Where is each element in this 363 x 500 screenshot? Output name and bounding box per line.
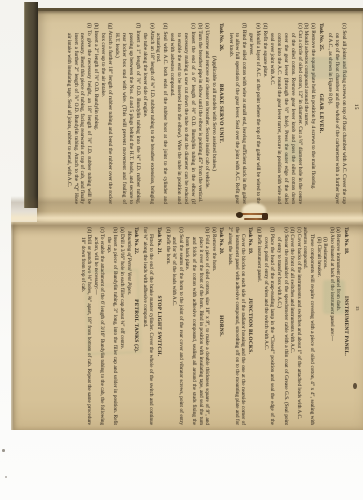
paragraph: Fitted to the end of the brake master cy… (141, 227, 154, 425)
section-heading: INSTRUMENT PANEL. (342, 227, 349, 425)
task-number-label: Task No. 20. (217, 227, 224, 254)
list-item: (d) Refit the square plate. (261, 23, 268, 204)
task-heading-line: Task No. 20.HORNS. (217, 227, 224, 425)
task-heading-line: Task No. 21.STOP LIGHT SWITCH. (155, 227, 162, 425)
booklet-page-right: 15 Task No. 18.INSTRUMENT PANEL.(a) Remo… (12, 222, 363, 430)
paragraph: (Applicable to all models with Servo ass… (210, 23, 217, 204)
list-item: (b) Turn the breather pipe in elbow unti… (196, 23, 203, 204)
list-item: (c) Insert the end of a 6″ length of ⅝″ … (168, 23, 196, 204)
list-item: (e) Mould a layer of A.C. at the point w… (247, 23, 261, 204)
list-item: (f) Bind the oiled cotton with wire at s… (227, 23, 248, 204)
list-item: (d) Cover the front of all switches and … (289, 227, 296, 425)
task-number-label: Task No. 19. (247, 227, 254, 254)
list-item: (d) Drill or punch two ⅛″ holes, ⅜″ apar… (79, 227, 92, 425)
list-item: (b) Fold a piece of oiled cotton, size 1… (184, 227, 210, 425)
list-item: (f) Insert a 1″ length of ⅞″ O.D. Bundyl… (113, 23, 141, 204)
list-item: (e) Attach an 18″ length of ¾″ I.D. rubb… (141, 23, 155, 204)
dust-speck (5, 476, 7, 478)
list-item: (a) Remove the horn. (210, 227, 217, 425)
paragraph: Cover the blocks on each side of the rad… (226, 227, 246, 425)
list-item: (a) Remove the square plate held in posi… (309, 23, 316, 204)
list-item: (b) Mould asbestos compound around the t… (303, 23, 310, 204)
list-item: (g) Refit instrument panel. (256, 227, 263, 425)
task-number-label: Task No. 26. (217, 23, 224, 51)
list-item: (a) Unscrew and remove air cleaner on br… (203, 23, 210, 204)
booklet-page-left: 15 (c) Seal all joints and fixing screws… (37, 8, 363, 225)
booklet-spread: 15 (c) Seal all joints and fixing screws… (0, 0, 363, 500)
page-number: 15 (353, 104, 358, 110)
list-item: (c) Cut a circle of oiled cotton, 12″ in… (268, 23, 303, 204)
task-heading-line: Task No. 26.BRAKE SERVO UNIT. (217, 23, 224, 204)
task-heading-line: Task No. 22.PETROL TANKS (2). (132, 227, 139, 425)
task-number-label: Task No. 18. (342, 227, 349, 254)
task-number-label: Task No. 25. (317, 23, 324, 51)
list-item: (d) Seal with A.C. both ends of the rubb… (155, 23, 169, 204)
list-item: (i) Resistances. (322, 227, 329, 425)
list-item: (a) Drill a 3/16″ hole in each filler ca… (118, 227, 125, 425)
list-item: (b) Insert a piece of Bundylin tubing, 3… (105, 227, 118, 425)
task-heading-line: Task No. 18.INSTRUMENT PANEL. (342, 227, 349, 425)
section-heading: STOP LIGHT SWITCH. (155, 227, 162, 425)
paragraph: These components will require covering w… (302, 227, 315, 425)
task-number-label: Task No. 22. (132, 227, 139, 254)
staple-crown (262, 213, 268, 220)
section-heading: JUNCTION BLOCKS. (247, 227, 254, 425)
section-heading: HORNS. (217, 227, 224, 425)
task-heading-line: Task No. 25.GEAR LEVER. (317, 23, 324, 204)
list-item: (c) Cover backs of the instruments and s… (295, 227, 302, 425)
list-item: (e) Smear the remainder of the speedomet… (275, 227, 288, 425)
list-item: (ii) Circuit breaker. (315, 227, 322, 425)
page-left-text-column: (c) Seal all joints and fixing screws on… (65, 23, 347, 204)
list-item: (b) Also situated at back of the instrum… (328, 227, 335, 425)
list-item: (d) Refit the horn. (164, 227, 171, 425)
task-heading-line: Task No. 19.JUNCTION BLOCKS. (247, 227, 254, 425)
scanned-booklet-photo: 15 (c) Seal all joints and fixing screws… (0, 0, 363, 500)
list-item: (g) Attach a further 18″ length of rubbe… (99, 23, 113, 204)
page-number-faint: 15 (355, 306, 360, 311)
paragraph: Mounting of Petrol Vent Pipes. (125, 227, 132, 425)
staple-foot (236, 212, 243, 218)
ink-speck (354, 383, 358, 389)
list-item: (h) Insert a 2″ length of ⅞″ O.D. Bundyl… (92, 23, 99, 204)
task-number-label: Task No. 21. (155, 227, 162, 254)
page-right-text-column: Task No. 18.INSTRUMENT PANEL.(a) Remove … (79, 227, 351, 425)
section-heading: PETROL TANKS (2). (132, 227, 139, 425)
list-item: (c) Seal all joints and fixing screws on… (326, 23, 347, 204)
dust-speck (3, 449, 6, 452)
list-item: (a) Remove instrument panel from dash. (335, 227, 342, 425)
list-item: (f) Place the head of the map-reading la… (262, 227, 275, 425)
list-item: (c) Seal the seams of the horn to the jo… (171, 227, 184, 425)
list-item: (c) To enable the attachment of the 6′ l… (92, 227, 105, 425)
under-pages-edge (24, 2, 38, 208)
list-item: (i) To give the necessary height, an 18″… (65, 23, 93, 204)
page-bottom-edge-shadow (11, 222, 14, 430)
